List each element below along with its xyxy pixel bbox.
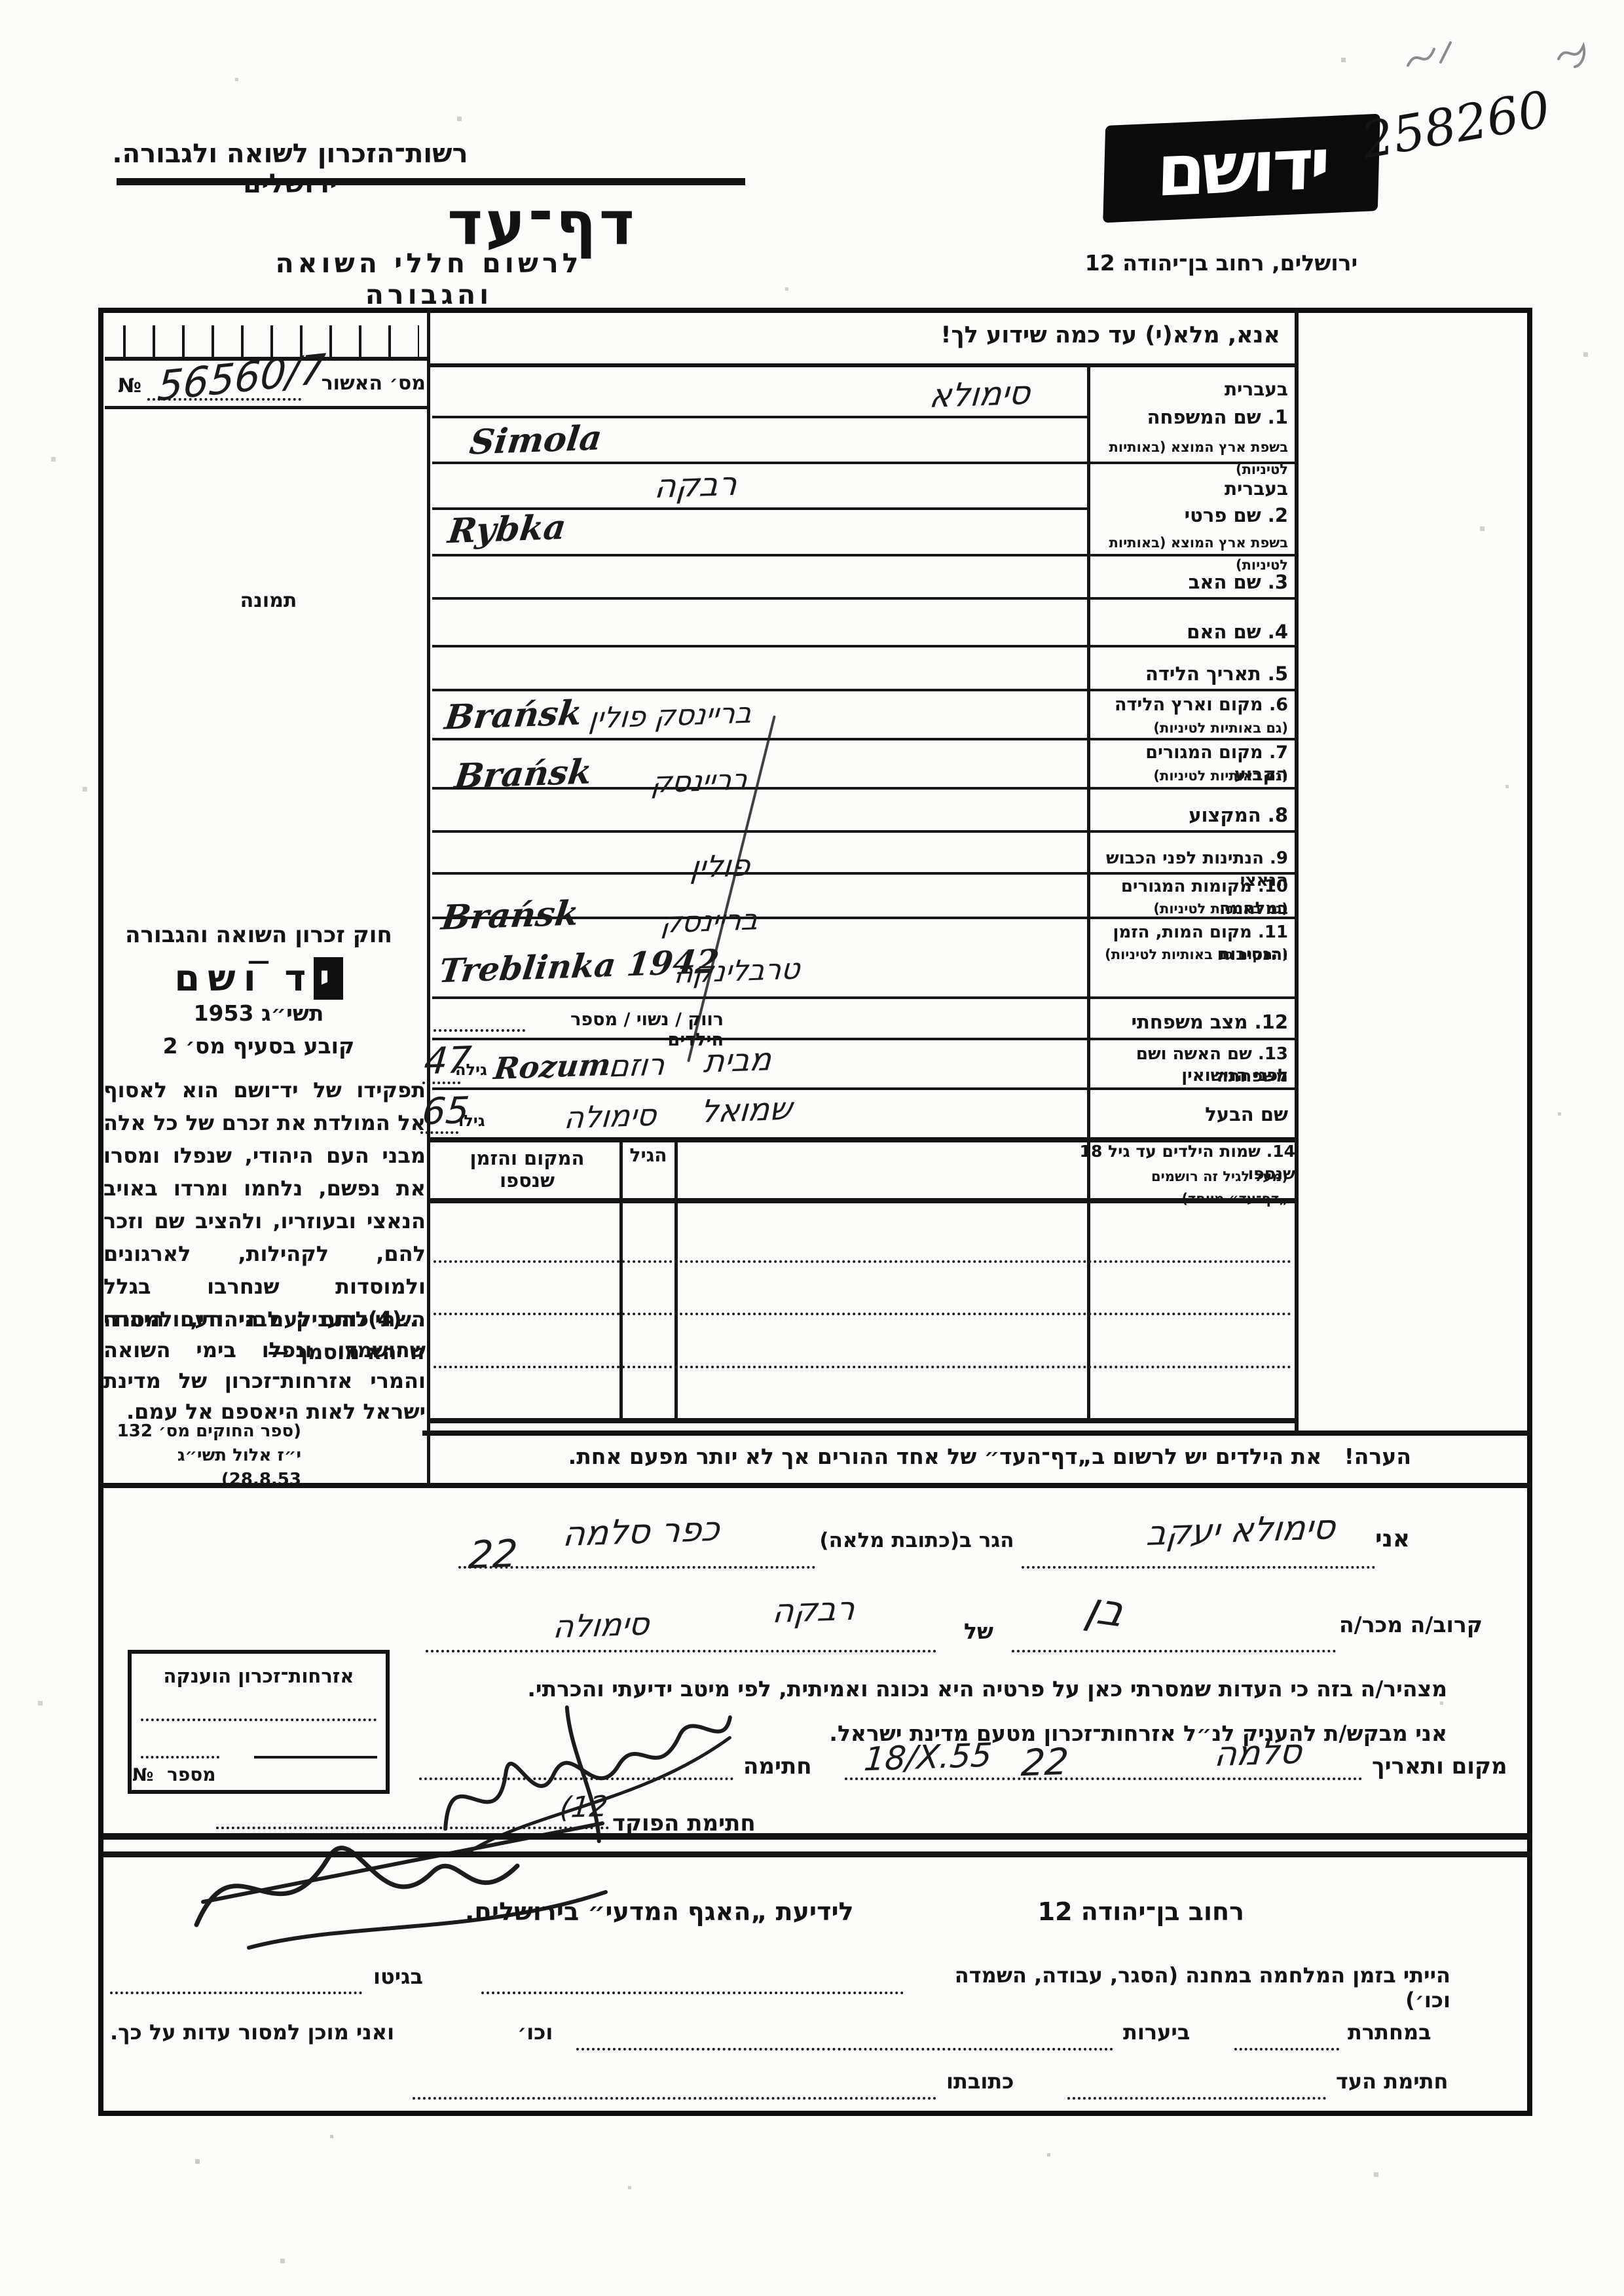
field-10-sublabel: (גם באותיות לטיניות) (1090, 898, 1288, 920)
citizenship-no-sign: № (132, 1765, 153, 1785)
rule-f13 (432, 1087, 1295, 1090)
wife-age-hand: 47 (422, 1039, 473, 1083)
entry-residence-hebrew: בריינסק (650, 763, 749, 799)
form-subtitle: לרשום חללי השואה והגבורה (216, 247, 642, 310)
field-7-sublabel: (גם באותיות לטיניות) (1090, 765, 1288, 787)
photo-label: תמונה (216, 589, 321, 612)
witness-signature-label: חתימת העד (1336, 2069, 1449, 2094)
table-row-2 (434, 1313, 1291, 1315)
science-forests-label: ביערות (1123, 2020, 1190, 2045)
science-etc-label: וכו׳ (517, 2020, 553, 2045)
note-bottom-rule (103, 1483, 1532, 1488)
husband-first-hand: שמואל (699, 1091, 793, 1131)
table-row-1 (434, 1260, 1291, 1263)
rule-f11 (432, 996, 1295, 999)
section-divider-rule-2 (103, 1851, 1532, 1857)
pencil-scribble (1395, 26, 1591, 85)
note-body: את הילדים יש לרשום ב„דף־העד״ של אחד ההור… (568, 1444, 1322, 1469)
marital-blank (434, 1029, 525, 1032)
rule-f5 (432, 689, 1295, 691)
labels-right-border (1295, 308, 1299, 1431)
science-ghetto-blank (110, 1992, 362, 1994)
left-column-divider (427, 308, 430, 1486)
field-1-lang: בעברית (1090, 378, 1288, 401)
rule-f1-mid (432, 416, 1087, 418)
law-year: תשי״ג 1953 (124, 1000, 393, 1026)
decl-i-label: אני (1375, 1525, 1410, 1552)
science-underground-blank (1234, 2048, 1339, 2050)
citizenship-box-title: אזרחות־זכרון הוענקה (138, 1665, 380, 1687)
rule-f3 (432, 597, 1295, 600)
table-top-rule (429, 1198, 1295, 1203)
wife-maiden-latin-hand: Rozum (492, 1047, 613, 1086)
field-2-sublabel: בשפת ארץ המוצא (באותיות לטיניות) (1090, 532, 1288, 576)
date-hand: 18/X.55 (862, 1736, 993, 1779)
fields-top-rule (429, 363, 1295, 367)
decl-of-last-hand: סימולה (551, 1605, 651, 1645)
decl-of-first-hand: רבקה (771, 1590, 857, 1630)
science-line1-blank1 (481, 1992, 904, 1994)
entry-family-hebrew: סימולא (928, 372, 1082, 415)
paper-speckles (0, 0, 2, 2)
witness-address-label: כתובתו (946, 2069, 1014, 2094)
auth-no-sign: № (118, 374, 141, 397)
wife-maiden-hebrew-hand: רוזם (607, 1047, 666, 1084)
field-3-label: 3. שם האב (1090, 571, 1288, 593)
citizenship-number-label: מספר (167, 1764, 216, 1785)
science-title-address: רחוב בן־יהודה 12 (1038, 1897, 1244, 1926)
citizenship-box-line1 (141, 1719, 377, 1721)
yad-vashem-logo-stamp: ידושם (1103, 114, 1380, 223)
rule-f4 (432, 645, 1295, 647)
yad-vashem-logo-text: ידושם (1156, 129, 1327, 208)
auth-bottom-rule (105, 406, 427, 409)
table-vline-1 (619, 1137, 623, 1421)
science-forests-blank (576, 2048, 1113, 2050)
place-hand: סלמה (1213, 1732, 1303, 1775)
decl-relation-blank (1012, 1650, 1336, 1652)
field-2-label: 2. שם פרטי (1090, 504, 1288, 526)
decl-address-no-hand: 22 (467, 1531, 519, 1578)
marital-options: רווק / נשוי / מספר הילדים (527, 1010, 724, 1050)
law-section: קובע בסעיף מס׳ 2 (124, 1033, 393, 1059)
section-divider-rule-1 (103, 1833, 1532, 1840)
entry-first-latin: Rybka (446, 507, 568, 551)
wife-age-blank (422, 1082, 460, 1084)
field-6-label: 6. מקום וארץ הלידה (1090, 694, 1288, 716)
testimony-page-scan: רשות־הזכרון לשואה ולגבורה. ירושלים דף־עד… (0, 0, 1624, 2296)
registry-number-handwritten: 258260 (1357, 79, 1554, 170)
science-ready-text: ואני מוכן למסור עדות על כך. (110, 2020, 503, 2045)
entry-birthplace-latin: Brańsk (443, 693, 585, 737)
table-row-3 (434, 1366, 1291, 1368)
witness-signature-blank (1067, 2097, 1326, 2100)
field-6-sublabel: (גם באותיות לטיניות) (1090, 717, 1288, 739)
rule-f8 (432, 830, 1295, 833)
entry-first-hebrew: רבקה (653, 465, 739, 505)
place-date-label: מקום ותאריך (1372, 1753, 1507, 1779)
field-8-label: 8. המקצוע (1090, 804, 1288, 826)
citizenship-box-line2 (141, 1756, 219, 1758)
wife-maiden-prefix-hand: מבית (702, 1041, 773, 1080)
law-yadvashem-title: יד ושם (124, 957, 393, 1000)
field-13-sublabel: לפני הנישואין (1090, 1065, 1288, 1087)
field-11-sublabel: (המקום גם באותיות לטיניות) (1090, 943, 1288, 966)
clerk-signature-label: חתימת הפוקד (612, 1810, 756, 1836)
entry-residence-latin: Brańsk (452, 752, 595, 796)
auth-number-label: מס׳ האשור (308, 372, 426, 395)
note-head: הערה! (1344, 1444, 1411, 1469)
decl-resides-label: הגר ב(כתובת מלאה) (819, 1529, 1015, 1552)
field-4-label: 4. שם האם (1090, 621, 1288, 643)
signature-label: חתימה (743, 1753, 812, 1779)
husband-label: שם הבעל (1090, 1103, 1288, 1125)
org-address: ירושלים, רחוב בן־יהודה 12 (1061, 250, 1382, 276)
entry-war-residence-latin: Brańsk (439, 893, 581, 938)
entry-death-place-hebrew: טרבלינקה (673, 953, 801, 991)
field-5-label: 5. תאריך הלידה (1090, 663, 1288, 685)
decl-relation-label: קרוב/ה מכר/ה (1339, 1612, 1483, 1637)
entry-war-residence-hebrew: בריינסק (659, 903, 759, 939)
decl-address-blank (458, 1566, 815, 1569)
table-bottom-rule (429, 1418, 1295, 1423)
field-1-label: 1. שם המשפחה (1090, 406, 1288, 428)
science-underground-label: במחתרת (1348, 2020, 1431, 2045)
science-ghetto-label: בגיטו (373, 1964, 423, 1989)
note-top-rule (422, 1430, 1532, 1436)
entry-family-latin: Simola (468, 418, 604, 463)
decl-name-blank (1022, 1566, 1375, 1569)
field-2-lang: בעברית (1090, 478, 1288, 500)
table-col-place: המקום והזמן שנספו (442, 1147, 612, 1192)
science-line1: הייתי בזמן המלחמה במחנה (הסגר, עבודה, הש… (913, 1963, 1450, 2013)
science-title: לידיעת „האגף המדעי״ בירושלים. (465, 1897, 854, 1926)
field-12-label: 12. מצב משפחתי (1090, 1011, 1288, 1033)
husband-family-hand: סימולה (563, 1097, 657, 1136)
entry-citizenship-hebrew: פולין (689, 847, 751, 884)
table-col-age: הגיל (621, 1144, 676, 1166)
husband-age-blank (420, 1131, 458, 1134)
decl-request: אני מבקש/ת להעניק לנ״ל אזרחות־זכרון מטעם… (720, 1721, 1447, 1746)
decl-of-blank (426, 1650, 936, 1652)
note-line: הערה! את הילדים יש לרשום ב„דף־העד״ של אח… (458, 1444, 1411, 1469)
clerk-signature (177, 1787, 622, 1964)
place-date-blank (845, 1777, 1362, 1780)
science-title-row: לידיעת „האגף המדעי״ בירושלים. רחוב בן־יה… (465, 1897, 1244, 1926)
citizenship-box-line3 (254, 1756, 377, 1758)
witness-address-blank (413, 2097, 936, 2100)
decl-address-hand: כפר סלמה (561, 1510, 722, 1554)
table-vline-2 (674, 1137, 678, 1421)
law-source-note: (ספר החוקים מס׳ 132 י״ז אלול תשי״ג 28.8.… (105, 1419, 301, 1492)
fill-instruction: אנא, מלא(י) עד כמה שידוע לך! (841, 322, 1280, 348)
entry-birthplace-hebrew: בריינסק פולין (587, 697, 753, 736)
husband-age-hand: 65 (420, 1089, 471, 1133)
header-underline (117, 178, 745, 185)
field-1-sublabel: בשפת ארץ המוצא (באותיות לטיניות) (1090, 436, 1288, 481)
decl-of-label: של (964, 1618, 993, 1644)
law-clause: ...(4)להעניק לבני העם היהודי שהושמדו ונפ… (103, 1304, 426, 1427)
